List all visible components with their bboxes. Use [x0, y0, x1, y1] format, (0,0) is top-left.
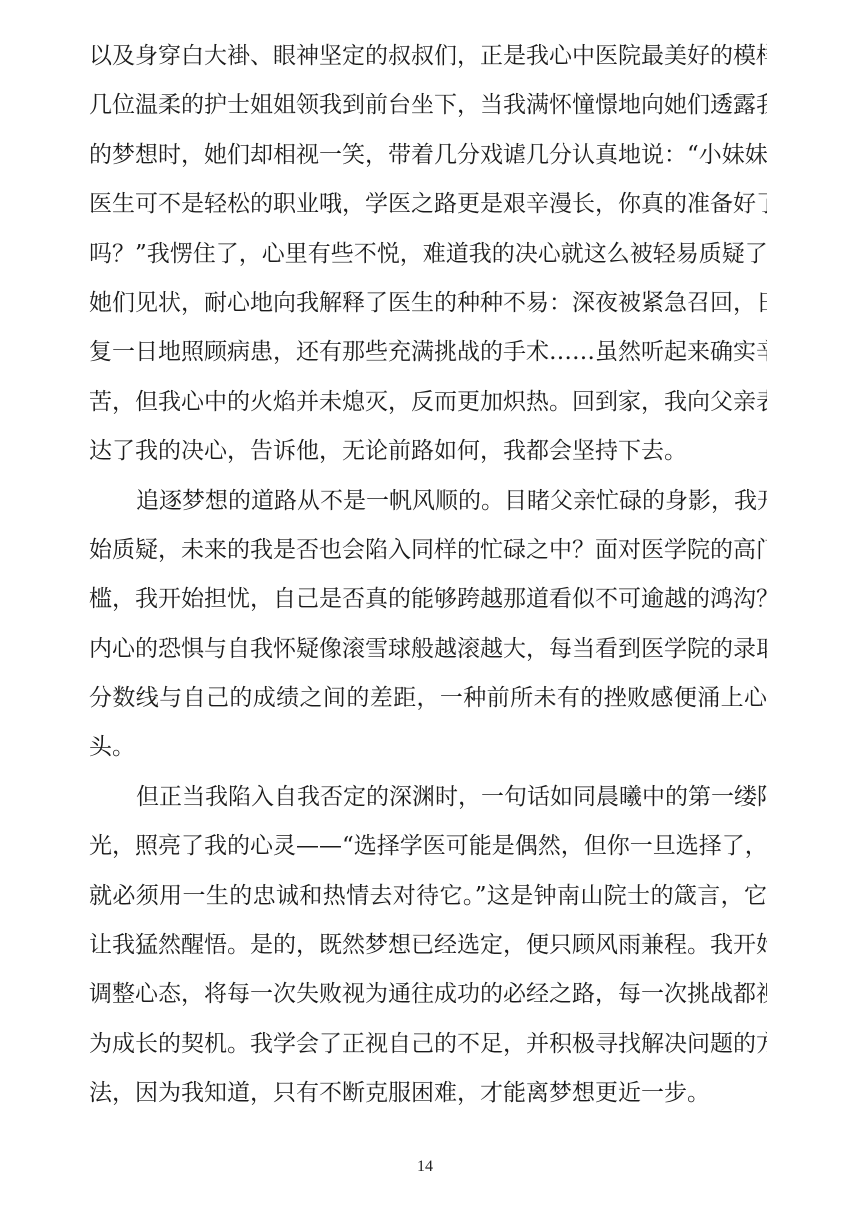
text-line: 就必须用一生的忠诚和热情去对待它。”这是钟南山院士的箴言，它	[89, 872, 767, 921]
page-number: 14	[0, 1158, 850, 1176]
text-line: 达了我的决心，告诉他，无论前路如何，我都会坚持下去。	[89, 427, 767, 476]
text-line: 但正当我陷入自我否定的深渊时，一句话如同晨曦中的第一缕阳	[89, 773, 767, 822]
text-line: 复一日地照顾病患，还有那些充满挑战的手术……虽然听起来确实辛	[89, 328, 767, 377]
text-line: 以及身穿白大褂、眼神坚定的叔叔们，正是我心中医院最美好的模样。	[89, 32, 767, 81]
text-line: 吗？”我愣住了，心里有些不悦，难道我的决心就这么被轻易质疑了？	[89, 230, 767, 279]
text-line: 始质疑，未来的我是否也会陷入同样的忙碌之中？面对医学院的高门	[89, 526, 767, 575]
text-line: 分数线与自己的成绩之间的差距，一种前所未有的挫败感便涌上心	[89, 674, 767, 723]
essay-body: 以及身穿白大褂、眼神坚定的叔叔们，正是我心中医院最美好的模样。几位温柔的护士姐姐…	[89, 32, 767, 1119]
document-page: 以及身穿白大褂、眼神坚定的叔叔们，正是我心中医院最美好的模样。几位温柔的护士姐姐…	[0, 0, 850, 1205]
text-line: 槛，我开始担忧，自己是否真的能够跨越那道看似不可逾越的鸿沟？	[89, 575, 767, 624]
text-line: 光，照亮了我的心灵——“选择学医可能是偶然，但你一旦选择了，	[89, 822, 767, 871]
text-line: 头。	[89, 723, 767, 772]
text-line: 的梦想时，她们却相视一笑，带着几分戏谑几分认真地说：“小妹妹，	[89, 131, 767, 180]
text-line: 苦，但我心中的火焰并未熄灭，反而更加炽热。回到家，我向父亲表	[89, 378, 767, 427]
text-line: 医生可不是轻松的职业哦，学医之路更是艰辛漫长，你真的准备好了	[89, 180, 767, 229]
text-line: 追逐梦想的道路从不是一帆风顺的。目睹父亲忙碌的身影，我开	[89, 477, 767, 526]
text-line: 她们见状，耐心地向我解释了医生的种种不易：深夜被紧急召回，日	[89, 279, 767, 328]
text-line: 法，因为我知道，只有不断克服困难，才能离梦想更近一步。	[89, 1069, 767, 1118]
text-line: 为成长的契机。我学会了正视自己的不足，并积极寻找解决问题的方	[89, 1020, 767, 1069]
text-line: 几位温柔的护士姐姐领我到前台坐下，当我满怀憧憬地向她们透露我	[89, 81, 767, 130]
text-line: 让我猛然醒悟。是的，既然梦想已经选定，便只顾风雨兼程。我开始	[89, 921, 767, 970]
text-line: 调整心态，将每一次失败视为通往成功的必经之路，每一次挑战都视	[89, 970, 767, 1019]
text-line: 内心的恐惧与自我怀疑像滚雪球般越滚越大，每当看到医学院的录取	[89, 625, 767, 674]
